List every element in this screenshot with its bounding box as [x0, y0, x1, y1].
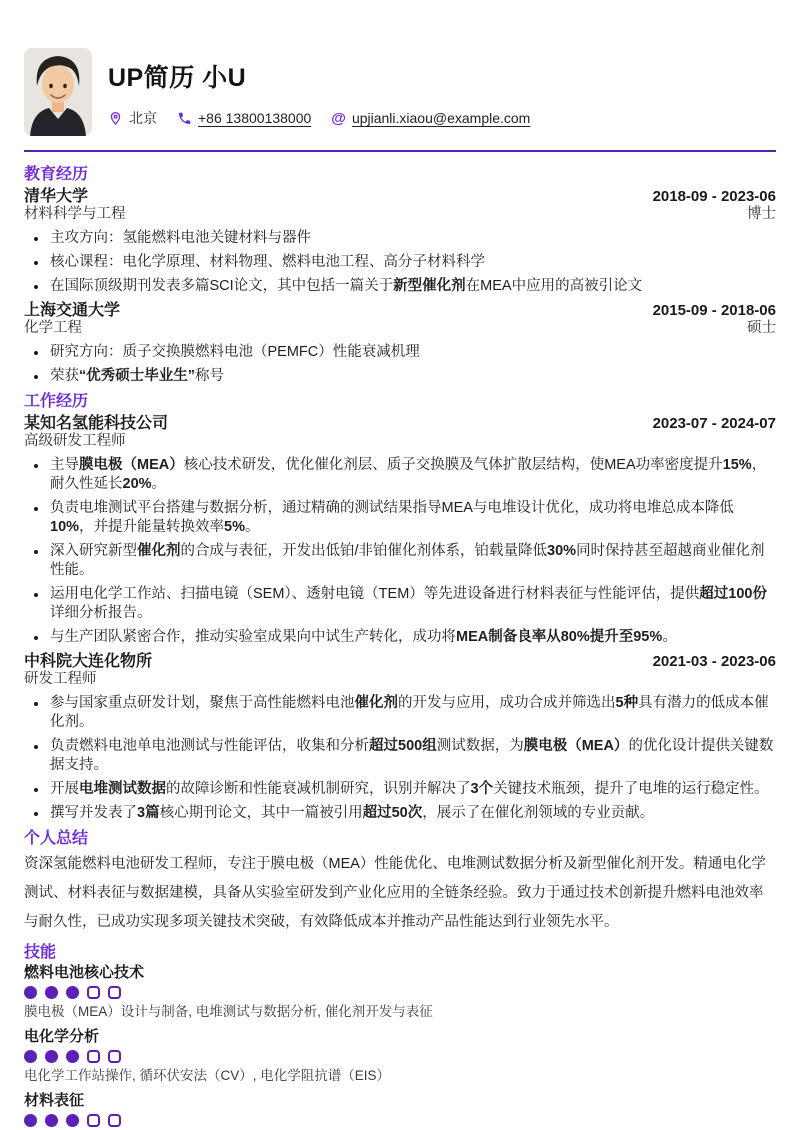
bullet-item: 核心课程：电化学原理、材料物理、燃料电池工程、高分子材料科学	[50, 253, 776, 272]
text-segment: 与生产团队紧密合作，推动实验室成果向中试生产转化，成功将	[50, 629, 456, 645]
highlight-text: 3篇	[137, 805, 160, 821]
company-name: 某知名氢能科技公司	[24, 415, 168, 432]
skill-dot-filled	[66, 1114, 79, 1127]
entry-date: 2021-03 - 2023-06	[653, 653, 776, 670]
bullet-item: 在国际顶级期刊发表多篇SCI论文，其中包括一篇关于新型催化剂在MEA中应用的高被…	[50, 277, 776, 296]
education-entry-sjtu: 上海交通大学 2015-09 - 2018-06 化学工程 硕士 研究方向：质子…	[24, 302, 776, 386]
skill-name: 燃料电池核心技术	[24, 964, 776, 982]
entry-date: 2023-07 - 2024-07	[653, 415, 776, 432]
location-text: 北京	[129, 108, 157, 128]
bullet-item: 主攻方向：氢能燃料电池关键材料与器件	[50, 229, 776, 248]
bullet-item: 负责电堆测试平台搭建与数据分析，通过精确的测试结果指导MEA与电堆设计优化，成功…	[50, 499, 776, 537]
highlight-text: “优秀硕士毕业生”	[79, 368, 195, 384]
entry-bullets: 研究方向：质子交换膜燃料电池（PEMFC）性能衰减机理 荣获“优秀硕士毕业生”称…	[24, 343, 776, 386]
bullet-item: 研究方向：质子交换膜燃料电池（PEMFC）性能衰减机理	[50, 343, 776, 362]
text-segment: 的合成与表征，开发出低铂/非铂催化剂体系，铂载量降低	[181, 543, 548, 559]
skill-dot-filled	[45, 1050, 58, 1063]
skill-dot-hollow	[108, 1050, 121, 1063]
major-name: 化学工程	[24, 320, 82, 336]
skill-level-dots	[24, 986, 776, 999]
skill-level-dots	[24, 1050, 776, 1063]
text-segment: 详细分析报告。	[50, 605, 152, 621]
skill-dot-filled	[66, 986, 79, 999]
skill-name: 材料表征	[24, 1092, 776, 1110]
job-title: 研发工程师	[24, 671, 97, 687]
entry-date: 2015-09 - 2018-06	[653, 302, 776, 319]
text-segment: 。	[152, 476, 167, 492]
resume-header: UP简历 小U 北京 +86 13800138000 @	[0, 0, 800, 136]
bullet-item: 开展电堆测试数据的故障诊断和性能衰减机制研究，识别并解决了3个关键技术瓶颈，提升…	[50, 780, 776, 799]
highlight-text: 超过50次	[363, 805, 423, 821]
contact-row: 北京 +86 13800138000 @ upjianli.xiaou@exam…	[108, 108, 530, 128]
entry-bullets: 主导膜电极（MEA）核心技术研发，优化催化剂层、质子交换膜及气体扩散层结构，使M…	[24, 456, 776, 647]
degree-name: 博士	[747, 206, 776, 222]
entry-subheader: 研发工程师	[24, 671, 776, 687]
text-segment: ，展示了在催化剂领域的专业贡献。	[422, 805, 654, 821]
text-segment: 负责燃料电池单电池测试与性能评估，收集和分析	[50, 738, 369, 754]
email-at-icon: @	[331, 111, 346, 126]
email-item: @ upjianli.xiaou@example.com	[331, 110, 530, 126]
entry-header: 某知名氢能科技公司 2023-07 - 2024-07	[24, 415, 776, 432]
text-segment: 核心技术研发，优化催化剂层、质子交换膜及气体扩散层结构，使MEA功率密度提升	[184, 457, 723, 473]
text-segment: 的故障诊断和性能衰减机制研究，识别并解决了	[166, 781, 471, 797]
skill-dot-hollow	[87, 1114, 100, 1127]
entry-subheader: 高级研发工程师	[24, 433, 776, 449]
text-segment: 核心期刊论文，其中一篇被引用	[160, 805, 363, 821]
highlight-text: 10%	[50, 519, 79, 535]
text-segment: 核心课程：电化学原理、材料物理、燃料电池工程、高分子材料科学	[50, 254, 485, 270]
text-segment: 关键技术瓶颈，提升了电堆的运行稳定性。	[493, 781, 769, 797]
skill-description: 膜电极（MEA）设计与制备, 电堆测试与数据分析, 催化剂开发与表征	[24, 1004, 776, 1020]
work-entry-dicp: 中科院大连化物所 2021-03 - 2023-06 研发工程师 参与国家重点研…	[24, 653, 776, 823]
text-segment: ，并提升能量转换效率	[79, 519, 224, 535]
highlight-text: 超过100份	[699, 586, 767, 602]
text-segment: 主攻方向：氢能燃料电池关键材料与器件	[50, 230, 311, 246]
bullet-item: 撰写并发表了3篇核心期刊论文，其中一篇被引用超过50次，展示了在催化剂领域的专业…	[50, 804, 776, 823]
text-segment: 。	[245, 519, 260, 535]
location-item: 北京	[108, 108, 157, 128]
entry-subheader: 材料科学与工程 博士	[24, 206, 776, 222]
highlight-text: 20%	[123, 476, 152, 492]
skill-name: 电化学分析	[24, 1028, 776, 1046]
bullet-item: 运用电化学工作站、扫描电镜（SEM）、透射电镜（TEM）等先进设备进行材料表征与…	[50, 585, 776, 623]
skill-level-dots	[24, 1114, 776, 1127]
skill-description: 电化学工作站操作, 循环伏安法（CV）, 电化学阻抗谱（EIS）	[24, 1068, 776, 1084]
entry-date: 2018-09 - 2023-06	[653, 188, 776, 205]
text-segment: 荣获	[50, 368, 79, 384]
bullet-item: 与生产团队紧密合作，推动实验室成果向中试生产转化，成功将MEA制备良率从80%提…	[50, 628, 776, 647]
skill-dot-filled	[45, 1114, 58, 1127]
text-segment: 称号	[195, 368, 224, 384]
highlight-text: 催化剂	[137, 543, 181, 559]
entry-bullets: 参与国家重点研发计划，聚焦于高性能燃料电池催化剂的开发与应用，成功合成并筛选出5…	[24, 694, 776, 823]
text-segment: 主导	[50, 457, 79, 473]
skill-dot-filled	[24, 1050, 37, 1063]
text-segment: 测试数据，为	[437, 738, 524, 754]
section-title-work: 工作经历	[24, 392, 776, 411]
skill-dot-hollow	[87, 1050, 100, 1063]
work-entry-hydrogen-company: 某知名氢能科技公司 2023-07 - 2024-07 高级研发工程师 主导膜电…	[24, 415, 776, 647]
highlight-text: 膜电极（MEA）	[524, 738, 629, 754]
phone-link[interactable]: +86 13800138000	[198, 110, 311, 126]
school-name: 上海交通大学	[24, 302, 120, 319]
bullet-item: 荣获“优秀硕士毕业生”称号	[50, 367, 776, 386]
entry-subheader: 化学工程 硕士	[24, 320, 776, 336]
skill-fuel-cell-core: 燃料电池核心技术 膜电极（MEA）设计与制备, 电堆测试与数据分析, 催化剂开发…	[24, 964, 776, 1020]
highlight-text: 催化剂	[355, 695, 399, 711]
resume-page: UP简历 小U 北京 +86 13800138000 @	[0, 0, 800, 1130]
section-title-summary: 个人总结	[24, 829, 776, 848]
text-segment: 参与国家重点研发计划，聚焦于高性能燃料电池	[50, 695, 355, 711]
text-segment: 。	[662, 629, 677, 645]
phone-item: +86 13800138000	[177, 110, 311, 126]
skill-dot-hollow	[87, 986, 100, 999]
bullet-item: 参与国家重点研发计划，聚焦于高性能燃料电池催化剂的开发与应用，成功合成并筛选出5…	[50, 694, 776, 732]
text-segment: 深入研究新型	[50, 543, 137, 559]
school-name: 清华大学	[24, 188, 88, 205]
text-segment: 撰写并发表了	[50, 805, 137, 821]
highlight-text: 5种	[616, 695, 639, 711]
text-segment: 在国际顶级期刊发表多篇SCI论文，其中包括一篇关于	[50, 278, 393, 294]
skill-dot-filled	[24, 1114, 37, 1127]
summary-text: 资深氢能燃料电池研发工程师，专注于膜电极（MEA）性能优化、电堆测试数据分析及新…	[24, 850, 776, 937]
skill-dot-hollow	[108, 1114, 121, 1127]
section-title-education: 教育经历	[24, 165, 776, 184]
highlight-text: 3个	[471, 781, 494, 797]
skill-material-characterization: 材料表征	[24, 1092, 776, 1127]
highlight-text: 5%	[224, 519, 245, 535]
text-segment: 开展	[50, 781, 79, 797]
header-divider	[24, 150, 776, 152]
highlight-text: MEA制备良率从80%提升至95%	[456, 629, 662, 645]
skill-dot-hollow	[108, 986, 121, 999]
degree-name: 硕士	[747, 320, 776, 336]
skill-electrochemical-analysis: 电化学分析 电化学工作站操作, 循环伏安法（CV）, 电化学阻抗谱（EIS）	[24, 1028, 776, 1084]
highlight-text: 15%	[723, 457, 752, 473]
profile-photo-illustration	[24, 48, 92, 136]
location-pin-icon	[108, 111, 123, 126]
job-title: 高级研发工程师	[24, 433, 126, 449]
entry-bullets: 主攻方向：氢能燃料电池关键材料与器件 核心课程：电化学原理、材料物理、燃料电池工…	[24, 229, 776, 296]
text-segment: 负责电堆测试平台搭建与数据分析，通过精确的测试结果指导MEA与电堆设计优化，成功…	[50, 500, 734, 516]
entry-header: 中科院大连化物所 2021-03 - 2023-06	[24, 653, 776, 670]
email-link[interactable]: upjianli.xiaou@example.com	[352, 110, 530, 126]
bullet-item: 负责燃料电池单电池测试与性能评估，收集和分析超过500组测试数据，为膜电极（ME…	[50, 737, 776, 775]
text-segment: 运用电化学工作站、扫描电镜（SEM）、透射电镜（TEM）等先进设备进行材料表征与…	[50, 586, 699, 602]
skill-dot-filled	[45, 986, 58, 999]
phone-icon	[177, 111, 192, 126]
header-info: UP简历 小U 北京 +86 13800138000 @	[108, 48, 530, 136]
text-segment: 的开发与应用，成功合成并筛选出	[398, 695, 616, 711]
bullet-item: 深入研究新型催化剂的合成与表征，开发出低铂/非铂催化剂体系，铂载量降低30%同时…	[50, 542, 776, 580]
skill-dot-filled	[24, 986, 37, 999]
entry-header: 上海交通大学 2015-09 - 2018-06	[24, 302, 776, 319]
bullet-item: 主导膜电极（MEA）核心技术研发，优化催化剂层、质子交换膜及气体扩散层结构，使M…	[50, 456, 776, 494]
candidate-name: UP简历 小U	[108, 58, 530, 94]
company-name: 中科院大连化物所	[24, 653, 152, 670]
section-title-skills: 技能	[24, 943, 776, 962]
highlight-text: 电堆测试数据	[79, 781, 166, 797]
major-name: 材料科学与工程	[24, 206, 126, 222]
text-segment: 研究方向：质子交换膜燃料电池（PEMFC）性能衰减机理	[50, 344, 420, 360]
text-segment: 在MEA中应用的高被引论文	[466, 278, 642, 294]
education-entry-tsinghua: 清华大学 2018-09 - 2023-06 材料科学与工程 博士 主攻方向：氢…	[24, 188, 776, 296]
highlight-text: 超过500组	[369, 738, 437, 754]
highlight-text: 30%	[547, 543, 576, 559]
highlight-text: 膜电极（MEA）	[79, 457, 184, 473]
highlight-text: 新型催化剂	[393, 278, 466, 294]
profile-photo	[24, 48, 92, 136]
skill-dot-filled	[66, 1050, 79, 1063]
entry-header: 清华大学 2018-09 - 2023-06	[24, 188, 776, 205]
